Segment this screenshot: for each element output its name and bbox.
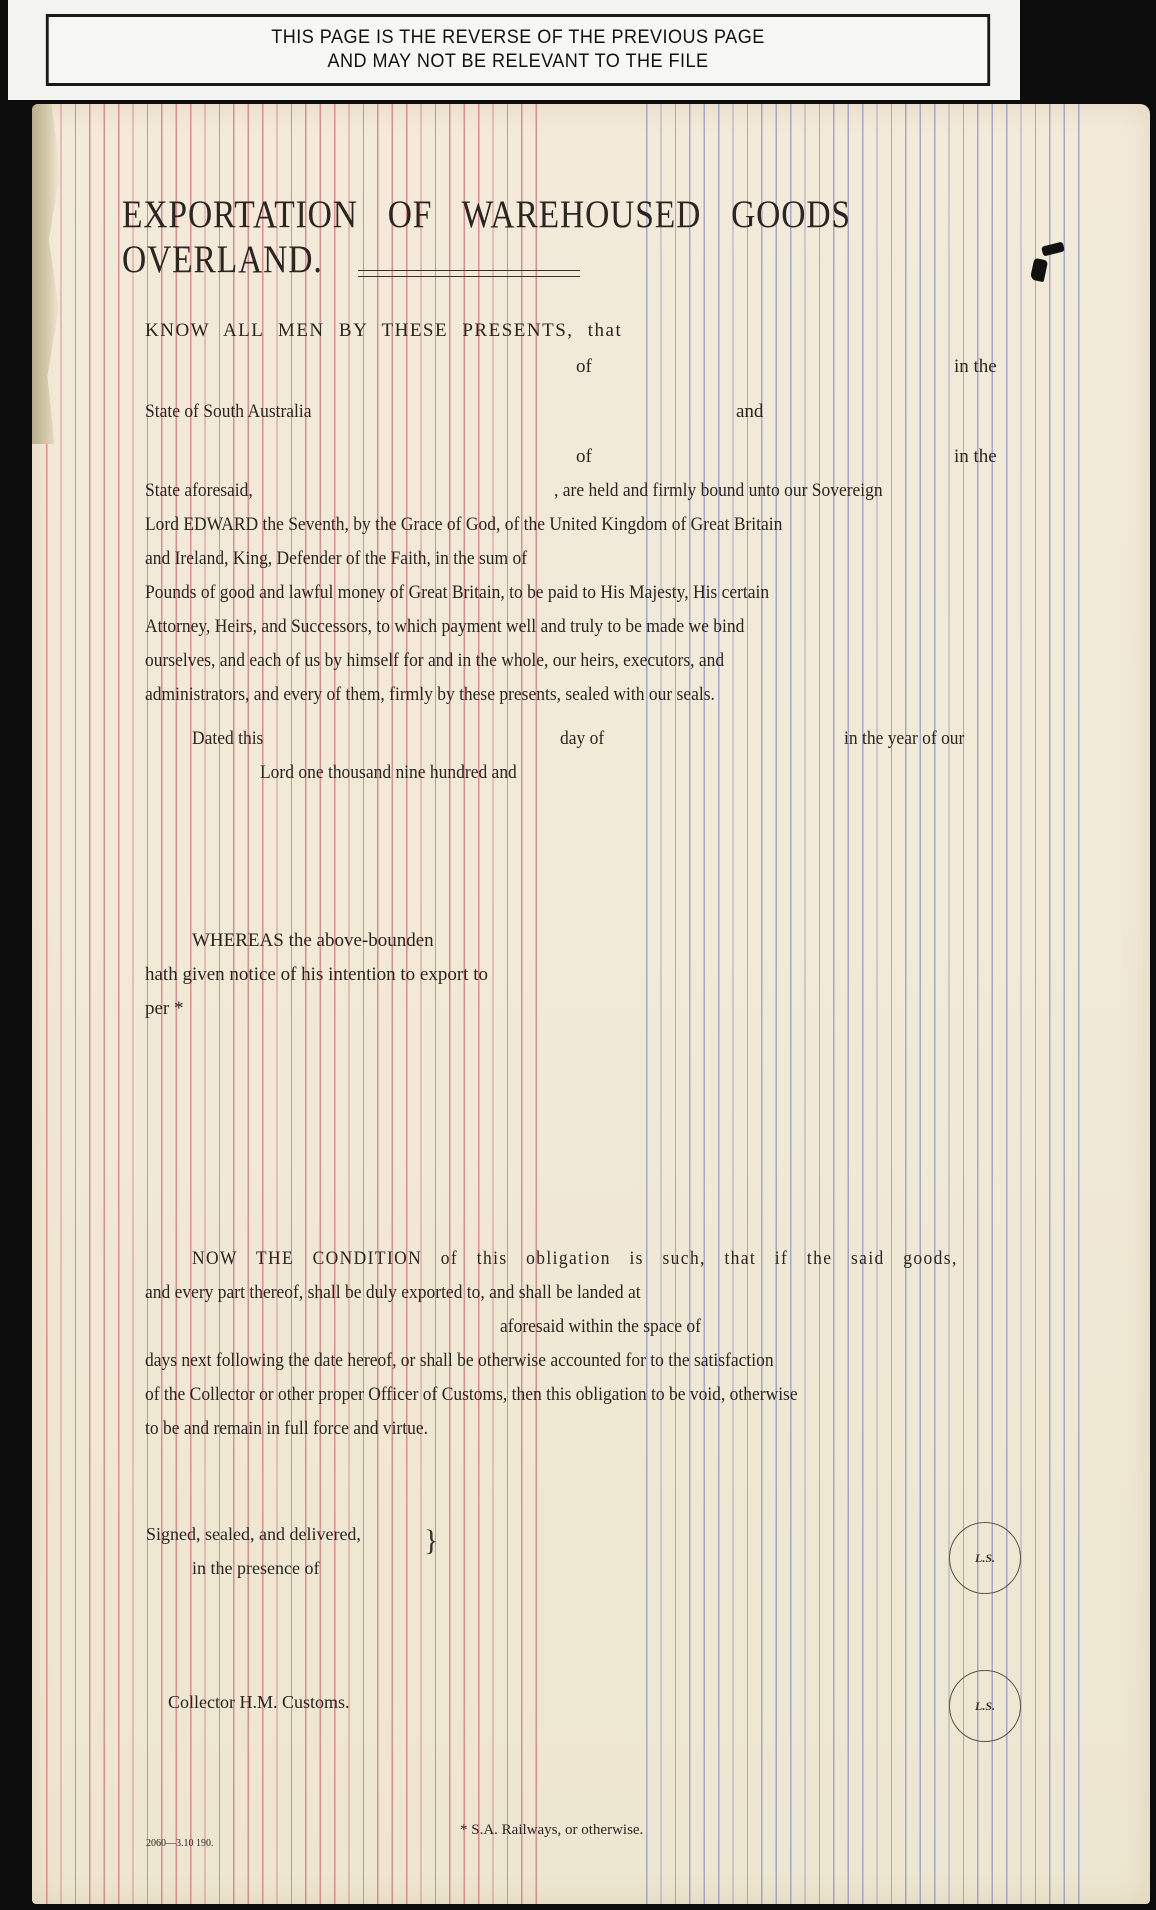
form-paper: EXPORTATION OF WAREHOUSED GOODS OVERLAND… (32, 104, 1150, 1904)
whereas-line-3: per * (145, 998, 184, 1020)
preamble-held-bound: , are held and firmly bound unto our Sov… (554, 480, 883, 502)
preamble-of-1: of (576, 356, 592, 378)
condition-line-3: aforesaid within the space of (500, 1316, 701, 1338)
preamble-state-aforesaid: State aforesaid, (145, 480, 253, 502)
form-title: EXPORTATION OF WAREHOUSED GOODS OVERLAND… (122, 192, 1006, 282)
preamble-line-ourselves: ourselves, and each of us by himself for… (145, 650, 724, 672)
condition-line-6: to be and remain in full force and virtu… (145, 1418, 428, 1440)
signed-sealed-delivered: Signed, sealed, and delivered, (146, 1524, 361, 1545)
seal-circle-2: L.S. (949, 1670, 1021, 1742)
dated-lord-line: Lord one thousand nine hundred and (260, 762, 517, 784)
preamble-line-edward: Lord EDWARD the Seventh, by the Grace of… (145, 514, 782, 536)
red-ruled-lines (46, 104, 546, 1904)
print-code: 2060—3.10 190. (146, 1838, 214, 1849)
preamble-line-ireland: and Ireland, King, Defender of the Faith… (145, 548, 527, 570)
notice-strip: THIS PAGE IS THE REVERSE OF THE PREVIOUS… (8, 0, 1020, 100)
preamble-and: and (736, 401, 763, 423)
preamble-of-2: of (576, 446, 592, 468)
condition-line-1: NOW THE CONDITION of this obligation is … (192, 1248, 958, 1270)
reverse-page-notice: THIS PAGE IS THE REVERSE OF THE PREVIOUS… (46, 14, 990, 86)
seal-label: L.S. (975, 1699, 995, 1714)
brace-icon: } (424, 1524, 438, 1558)
footnote: * S.A. Railways, or otherwise. (460, 1822, 643, 1839)
notice-line-2: AND MAY NOT BE RELEVANT TO THE FILE (327, 50, 708, 74)
title-double-rule (358, 270, 580, 277)
preamble-opening: KNOW ALL MEN BY THESE PRESENTS, that (145, 320, 622, 342)
preamble-line-admin: administrators, and every of them, firml… (145, 684, 715, 706)
preamble-in-the-2: in the (954, 446, 997, 468)
preamble-line-pounds: Pounds of good and lawful money of Great… (145, 582, 769, 604)
dated-year-of-our: in the year of our (844, 728, 964, 750)
blue-ruled-lines (646, 104, 1088, 1904)
condition-line-4: days next following the date hereof, or … (145, 1350, 774, 1372)
seal-circle-1: L.S. (949, 1522, 1021, 1594)
collector-customs: Collector H.M. Customs. (168, 1692, 350, 1713)
whereas-line-1: WHEREAS the above-bounden (192, 930, 434, 952)
dated-this: Dated this (192, 728, 263, 750)
dated-day-of: day of (560, 728, 604, 750)
in-presence-of: in the presence of (192, 1558, 319, 1579)
whereas-text: WHEREAS the above-bounden (192, 930, 434, 951)
seal-label: L.S. (975, 1551, 995, 1566)
preamble-state-sa: State of South Australia (145, 401, 312, 423)
whereas-line-2: hath given notice of his intention to ex… (145, 964, 488, 986)
notice-line-1: THIS PAGE IS THE REVERSE OF THE PREVIOUS… (271, 26, 764, 50)
preamble-line-attorney: Attorney, Heirs, and Successors, to whic… (145, 616, 744, 638)
condition-line-2: and every part thereof, shall be duly ex… (145, 1282, 641, 1304)
preamble-in-the-1: in the (954, 356, 997, 378)
condition-line-5: of the Collector or other proper Officer… (145, 1384, 798, 1406)
